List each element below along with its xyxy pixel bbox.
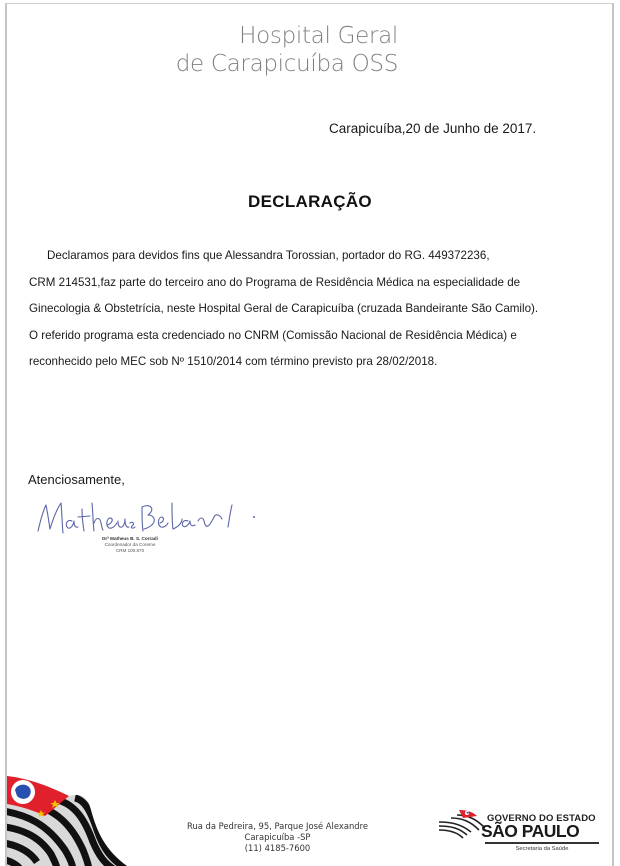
declaration-body: Declaramos para devidos fins que Alessan…: [29, 243, 599, 376]
address-phone: (11) 4185-7600: [160, 843, 395, 854]
body-line: Ginecologia & Obstetrícia, neste Hospita…: [29, 296, 599, 323]
hospital-logo-line1: Hospital Geral: [176, 22, 398, 50]
handwritten-signature-icon: [32, 495, 262, 541]
government-logo: GOVERNO DO ESTADO SÃO PAULO Secretaria d…: [437, 808, 607, 858]
gov-logo-line3: Secretaria da Saúde: [485, 846, 599, 852]
hospital-logo: Hospital Geral de Carapicuíba OSS: [176, 22, 398, 78]
closing-salutation: Atenciosamente,: [28, 472, 125, 487]
address-city: Carapicuíba -SP: [160, 832, 395, 843]
signer-stamp: Drª Matheus B. S. Corradi Coordenador da…: [90, 536, 170, 554]
body-line: Declaramos para devidos fins que Alessan…: [29, 243, 599, 270]
gov-logo-divider: [485, 842, 599, 844]
signer-crm: CRM 100.870: [90, 548, 170, 554]
date-line: Carapicuíba,20 de Junho de 2017.: [329, 121, 536, 136]
footer-address: Rua da Pedreira, 95, Parque José Alexand…: [160, 821, 395, 854]
body-line: reconhecido pelo MEC sob Nº 1510/2014 co…: [29, 349, 599, 376]
body-line: O referido programa esta credenciado no …: [29, 323, 599, 350]
document-title: DECLARAÇÃO: [0, 192, 620, 212]
body-line: CRM 214531,faz parte do terceiro ano do …: [29, 270, 599, 297]
hospital-logo-line2: de Carapicuíba OSS: [176, 50, 398, 78]
gov-logo-line2: SÃO PAULO: [481, 821, 579, 842]
sao-paulo-flag-icon: [7, 770, 167, 866]
signature-block: Drª Matheus B. S. Corradi Coordenador da…: [32, 495, 272, 575]
address-street: Rua da Pedreira, 95, Parque José Alexand…: [160, 821, 395, 832]
